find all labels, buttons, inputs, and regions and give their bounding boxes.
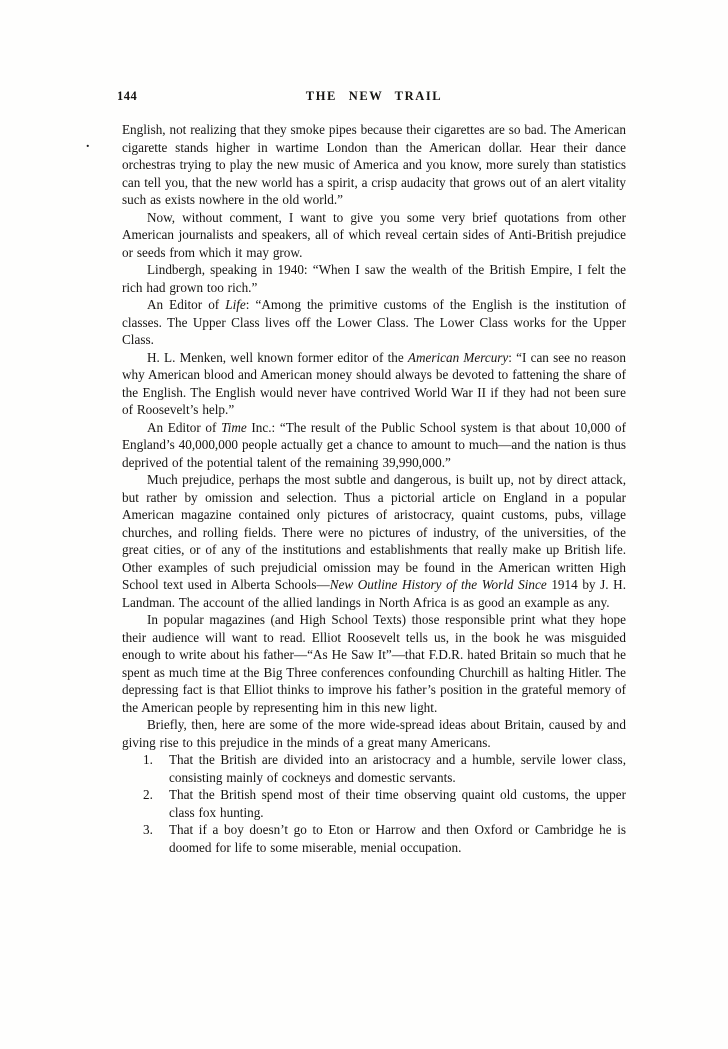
list-item-1: 1.That the British are divided into an a…: [143, 751, 626, 786]
list-item-text: That the British spend most of their tim…: [169, 786, 626, 821]
paragraph-1: English, not realizing that they smoke p…: [122, 121, 626, 209]
text-segment: Briefly, then, here are some of the more…: [122, 717, 626, 750]
page-body: English, not realizing that they smoke p…: [122, 121, 626, 856]
list-number: 2.: [143, 786, 160, 821]
italic-text-segment: New Outline History of the World Since: [330, 577, 547, 592]
page-header: 144 THE NEW TRAIL: [122, 89, 626, 107]
book-page: 144 THE NEW TRAIL . English, not realizi…: [0, 0, 728, 1049]
paragraph-7: Much prejudice, perhaps the most subtle …: [122, 471, 626, 611]
text-segment: English, not realizing that they smoke p…: [122, 122, 626, 207]
paragraph-2: Now, without comment, I want to give you…: [122, 209, 626, 262]
paragraph-9: Briefly, then, here are some of the more…: [122, 716, 626, 751]
list-item-3: 3.That if a boy doesn’t go to Eton or Ha…: [143, 821, 626, 856]
text-segment: An Editor of: [147, 297, 225, 312]
page-number: 144: [117, 89, 137, 104]
italic-text-segment: Time: [221, 420, 247, 435]
italic-text-segment: Life: [225, 297, 246, 312]
text-segment: Lindbergh, speaking in 1940: “When I saw…: [122, 262, 626, 295]
paragraph-8: In popular magazines (and High School Te…: [122, 611, 626, 716]
paragraph-5: H. L. Menken, well known former editor o…: [122, 349, 626, 419]
text-segment: Now, without comment, I want to give you…: [122, 210, 626, 260]
paragraph-6: An Editor of Time Inc.: “The result of t…: [122, 419, 626, 472]
list-item-text: That if a boy doesn’t go to Eton or Harr…: [169, 821, 626, 856]
list-number: 1.: [143, 751, 160, 786]
paragraph-3: Lindbergh, speaking in 1940: “When I saw…: [122, 261, 626, 296]
italic-text-segment: American Mercury: [408, 350, 508, 365]
stray-ink-dot: .: [86, 139, 94, 153]
list-item-2: 2.That the British spend most of their t…: [143, 786, 626, 821]
text-segment: An Editor of: [147, 420, 221, 435]
paragraph-4: An Editor of Life: “Among the primitive …: [122, 296, 626, 349]
text-segment: That the British spend most of their tim…: [169, 787, 626, 820]
text-segment: That the British are divided into an ari…: [169, 752, 626, 785]
running-title: THE NEW TRAIL: [122, 89, 626, 104]
text-segment: That if a boy doesn’t go to Eton or Harr…: [169, 822, 626, 855]
text-segment: In popular magazines (and High School Te…: [122, 612, 626, 715]
list-item-text: That the British are divided into an ari…: [169, 751, 626, 786]
list-number: 3.: [143, 821, 160, 856]
text-segment: Much prejudice, perhaps the most subtle …: [122, 472, 626, 592]
text-segment: H. L. Menken, well known former editor o…: [147, 350, 408, 365]
